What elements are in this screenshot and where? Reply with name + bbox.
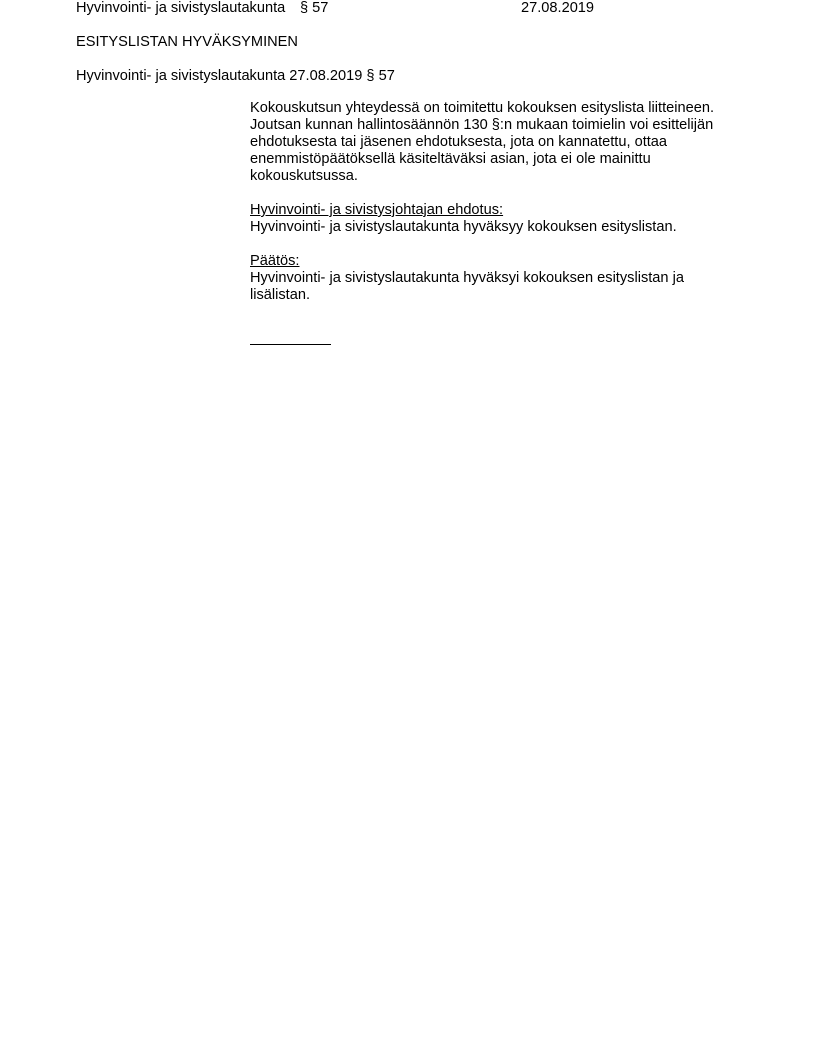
header-body-name: Hyvinvointi- ja sivistyslautakunta [76, 0, 285, 17]
intro-line: enemmistöpäätöksellä käsiteltäväksi asia… [250, 151, 730, 168]
decision-heading: Päätös: [250, 253, 730, 270]
intro-paragraph: Kokouskutsun yhteydessä on toimitettu ko… [250, 100, 730, 185]
decision-line: Hyvinvointi- ja sivistyslautakunta hyväk… [250, 270, 730, 287]
intro-line: Kokouskutsun yhteydessä on toimitettu ko… [250, 100, 730, 117]
item-title: ESITYSLISTAN HYVÄKSYMINEN [76, 34, 298, 51]
intro-line: kokouskutsussa. [250, 168, 730, 185]
header-date: 27.08.2019 [521, 0, 594, 17]
item-body: Kokouskutsun yhteydessä on toimitettu ko… [250, 100, 730, 339]
proposal-text: Hyvinvointi- ja sivistyslautakunta hyväk… [250, 219, 730, 236]
intro-line: ehdotuksesta tai jäsenen ehdotuksesta, j… [250, 134, 730, 151]
intro-line: Joutsan kunnan hallintosäännön 130 §:n m… [250, 117, 730, 134]
decision-line: lisälistan. [250, 287, 730, 304]
decision-paragraph: Hyvinvointi- ja sivistyslautakunta hyväk… [250, 270, 730, 304]
header-section-number: § 57 [300, 0, 328, 17]
end-rule [250, 344, 331, 345]
spacer [250, 185, 730, 202]
spacer [250, 236, 730, 253]
proposal-heading: Hyvinvointi- ja sivistysjohtajan ehdotus… [250, 202, 730, 219]
meeting-reference: Hyvinvointi- ja sivistyslautakunta 27.08… [76, 68, 395, 85]
spacer [250, 304, 730, 321]
